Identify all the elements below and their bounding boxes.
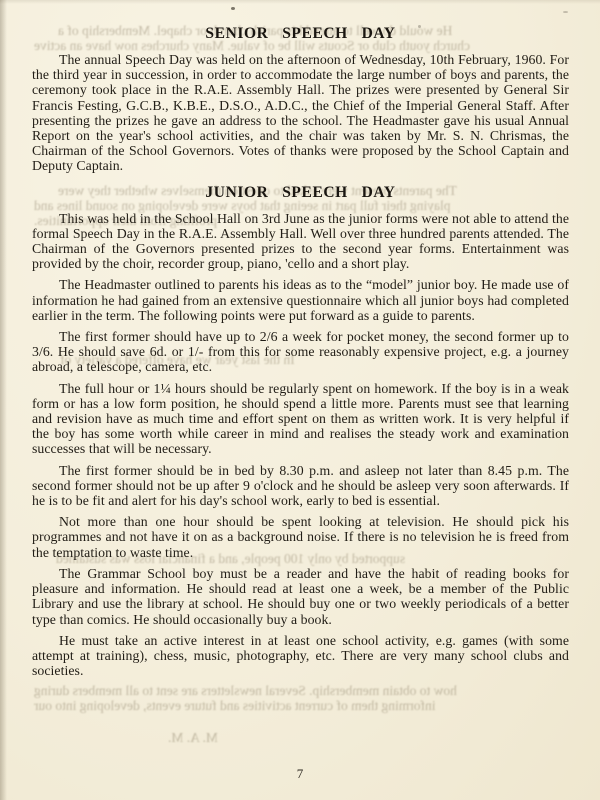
paragraph-junior-7: The Grammar School boy must be a reader …: [32, 566, 569, 627]
paragraph-junior-8: He must take an active interest in at le…: [32, 633, 569, 679]
page-content: SENIOR SPEECH DAY The annual Speech Day …: [0, 0, 600, 678]
paragraph-junior-1: This was held in the School Hall on 3rd …: [32, 211, 569, 272]
paragraph-junior-3: The first former should have up to 2/6 a…: [32, 329, 569, 375]
page-left-edge-shadow: [0, 0, 7, 800]
document-page: He would do well to attend his parish ch…: [0, 0, 600, 800]
ghost-text-line: how to obtain membership. Several newsle…: [34, 683, 457, 699]
page-top-edge-shadow: [0, 0, 600, 4]
paragraph-junior-5: The first former should be in bed by 8.3…: [32, 463, 569, 509]
page-number: 7: [0, 766, 600, 782]
paragraph-junior-2: The Headmaster outlined to parents his i…: [32, 277, 569, 323]
ghost-text-line: informing them of current activities and…: [34, 698, 436, 714]
section-heading-senior-speech-day: SENIOR SPEECH DAY: [32, 25, 569, 43]
ghost-text-line: M. A. M.: [168, 730, 218, 746]
paragraph-junior-6: Not more than one hour should be spent l…: [32, 514, 569, 560]
section-heading-junior-speech-day: JUNIOR SPEECH DAY: [32, 184, 569, 202]
paragraph-senior-1: The annual Speech Day was held on the af…: [32, 52, 569, 174]
paragraph-junior-4: The full hour or 1¼ hours should be regu…: [32, 381, 569, 457]
